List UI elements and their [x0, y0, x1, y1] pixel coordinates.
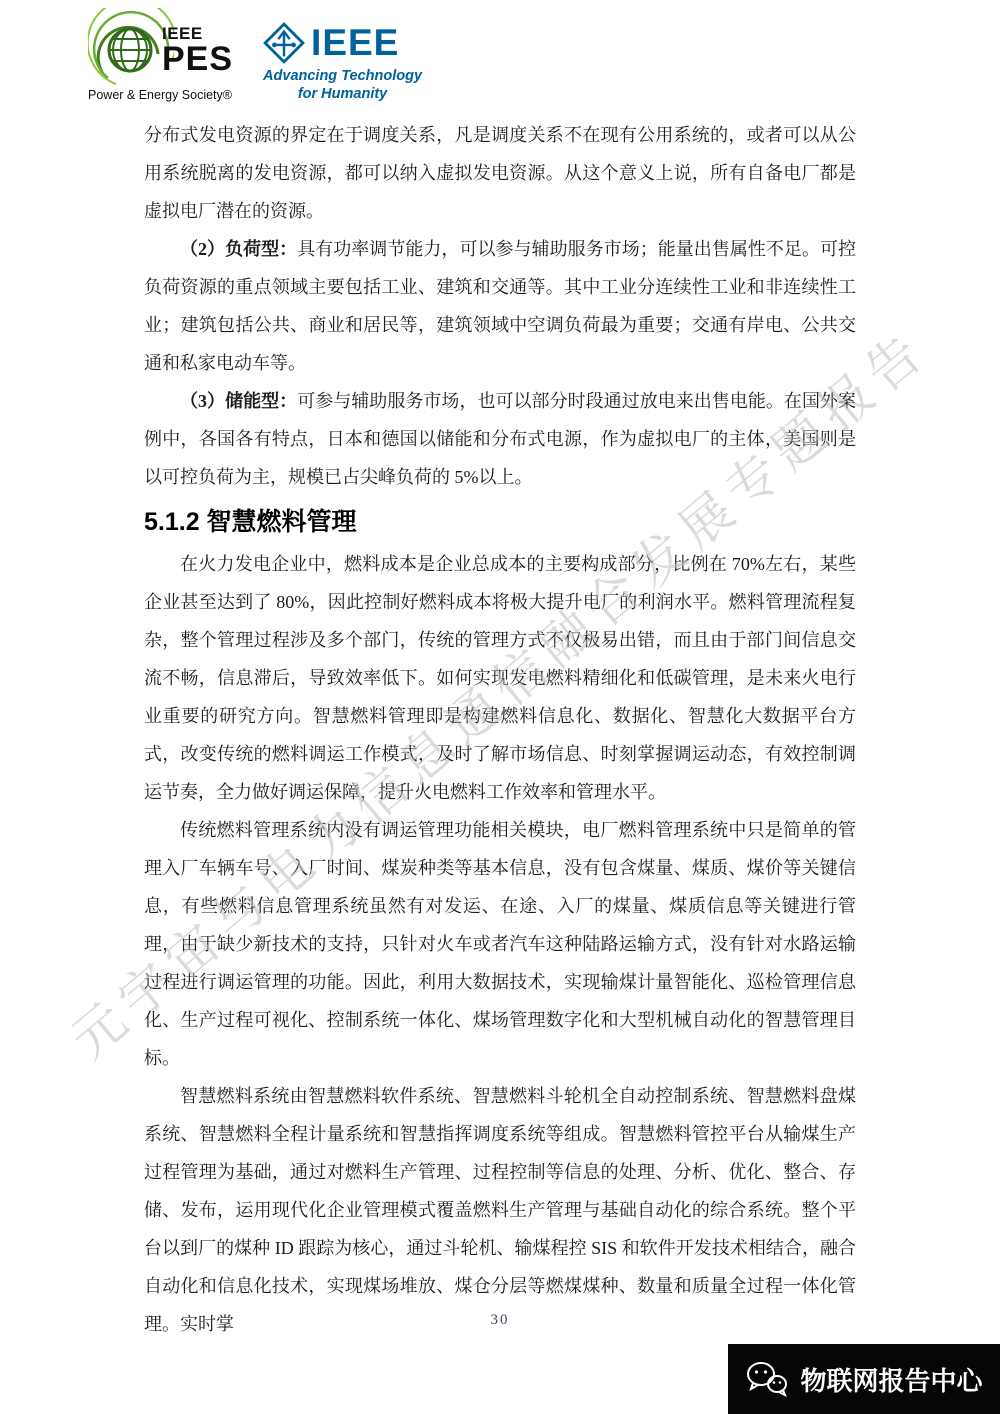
paragraph-load-type: （2）负荷型：具有功率调节能力，可以参与辅助服务市场；能量出售属性不足。可控负荷…: [144, 230, 856, 382]
wechat-brand-badge: 物联网报告中心: [728, 1344, 1000, 1414]
pes-pes-text: PES: [162, 42, 233, 76]
pes-ieee-text: IEEE: [162, 25, 233, 42]
paragraph-bold-lead: （3）储能型：: [180, 391, 297, 411]
page-header: IEEE PES Power & Energy Society®: [88, 8, 422, 103]
paragraph-text: 智慧燃料系统由智慧燃料软件系统、智慧燃料斗轮机全自动控制系统、智慧燃料盘煤系统、…: [144, 1086, 856, 1334]
pes-wordmark: IEEE PES: [162, 25, 233, 76]
section-heading: 5.1.2 智慧燃料管理: [144, 506, 856, 539]
paragraph-traditional-fuel-system: 传统燃料管理系统内没有调运管理功能相关模块，电厂燃料管理系统中只是简单的管理入厂…: [144, 811, 856, 1077]
ieee-tagline-line2: for Humanity: [263, 85, 422, 103]
paragraph-smart-fuel-system: 智慧燃料系统由智慧燃料软件系统、智慧燃料斗轮机全自动控制系统、智慧燃料盘煤系统、…: [144, 1077, 856, 1343]
paragraph-fuel-cost: 在火力发电企业中，燃料成本是企业总成本的主要构成部分，比例在 70%左右，某些企…: [144, 545, 856, 811]
wechat-icon: [745, 1361, 789, 1397]
ieee-pes-logo-top: IEEE PES: [88, 8, 233, 86]
page-number: 30: [0, 1312, 1000, 1329]
ieee-tagline: Advancing Technology for Humanity: [263, 67, 422, 103]
document-page: 元宇宙与电力信息通信融合发展专题报告: [0, 0, 1000, 1414]
paragraph-text: 在火力发电企业中，燃料成本是企业总成本的主要构成部分，比例在 70%左右，某些企…: [144, 554, 856, 802]
ieee-diamond-icon: [263, 22, 305, 64]
ieee-logo-top: IEEE: [263, 22, 422, 64]
ieee-wordmark: IEEE: [311, 22, 399, 64]
paragraph-text: 具有功率调节能力，可以参与辅助服务市场；能量出售属性不足。可控负荷资源的重点领域…: [144, 239, 856, 373]
paragraph-bold-lead: （2）负荷型：: [180, 239, 297, 259]
paragraph-storage-type: （3）储能型：可参与辅助服务市场，也可以部分时段通过放电来出售电能。在国外案例中…: [144, 382, 856, 496]
pes-tagline: Power & Energy Society®: [88, 88, 233, 102]
paragraph-text: 传统燃料管理系统内没有调运管理功能相关模块，电厂燃料管理系统中只是简单的管理入厂…: [144, 820, 856, 1068]
document-body: 分布式发电资源的界定在于调度关系，凡是调度关系不在现有公用系统的，或者可以从公用…: [144, 116, 856, 1343]
ieee-logo: IEEE Advancing Technology for Humanity: [263, 22, 422, 103]
paragraph-distributed-generation: 分布式发电资源的界定在于调度关系，凡是调度关系不在现有公用系统的，或者可以从公用…: [144, 116, 856, 230]
ieee-pes-logo: IEEE PES Power & Energy Society®: [88, 8, 233, 102]
paragraph-text: 分布式发电资源的界定在于调度关系，凡是调度关系不在现有公用系统的，或者可以从公用…: [144, 125, 856, 221]
ieee-tagline-line1: Advancing Technology: [263, 67, 422, 85]
brand-name: 物联网报告中心: [800, 1361, 982, 1398]
